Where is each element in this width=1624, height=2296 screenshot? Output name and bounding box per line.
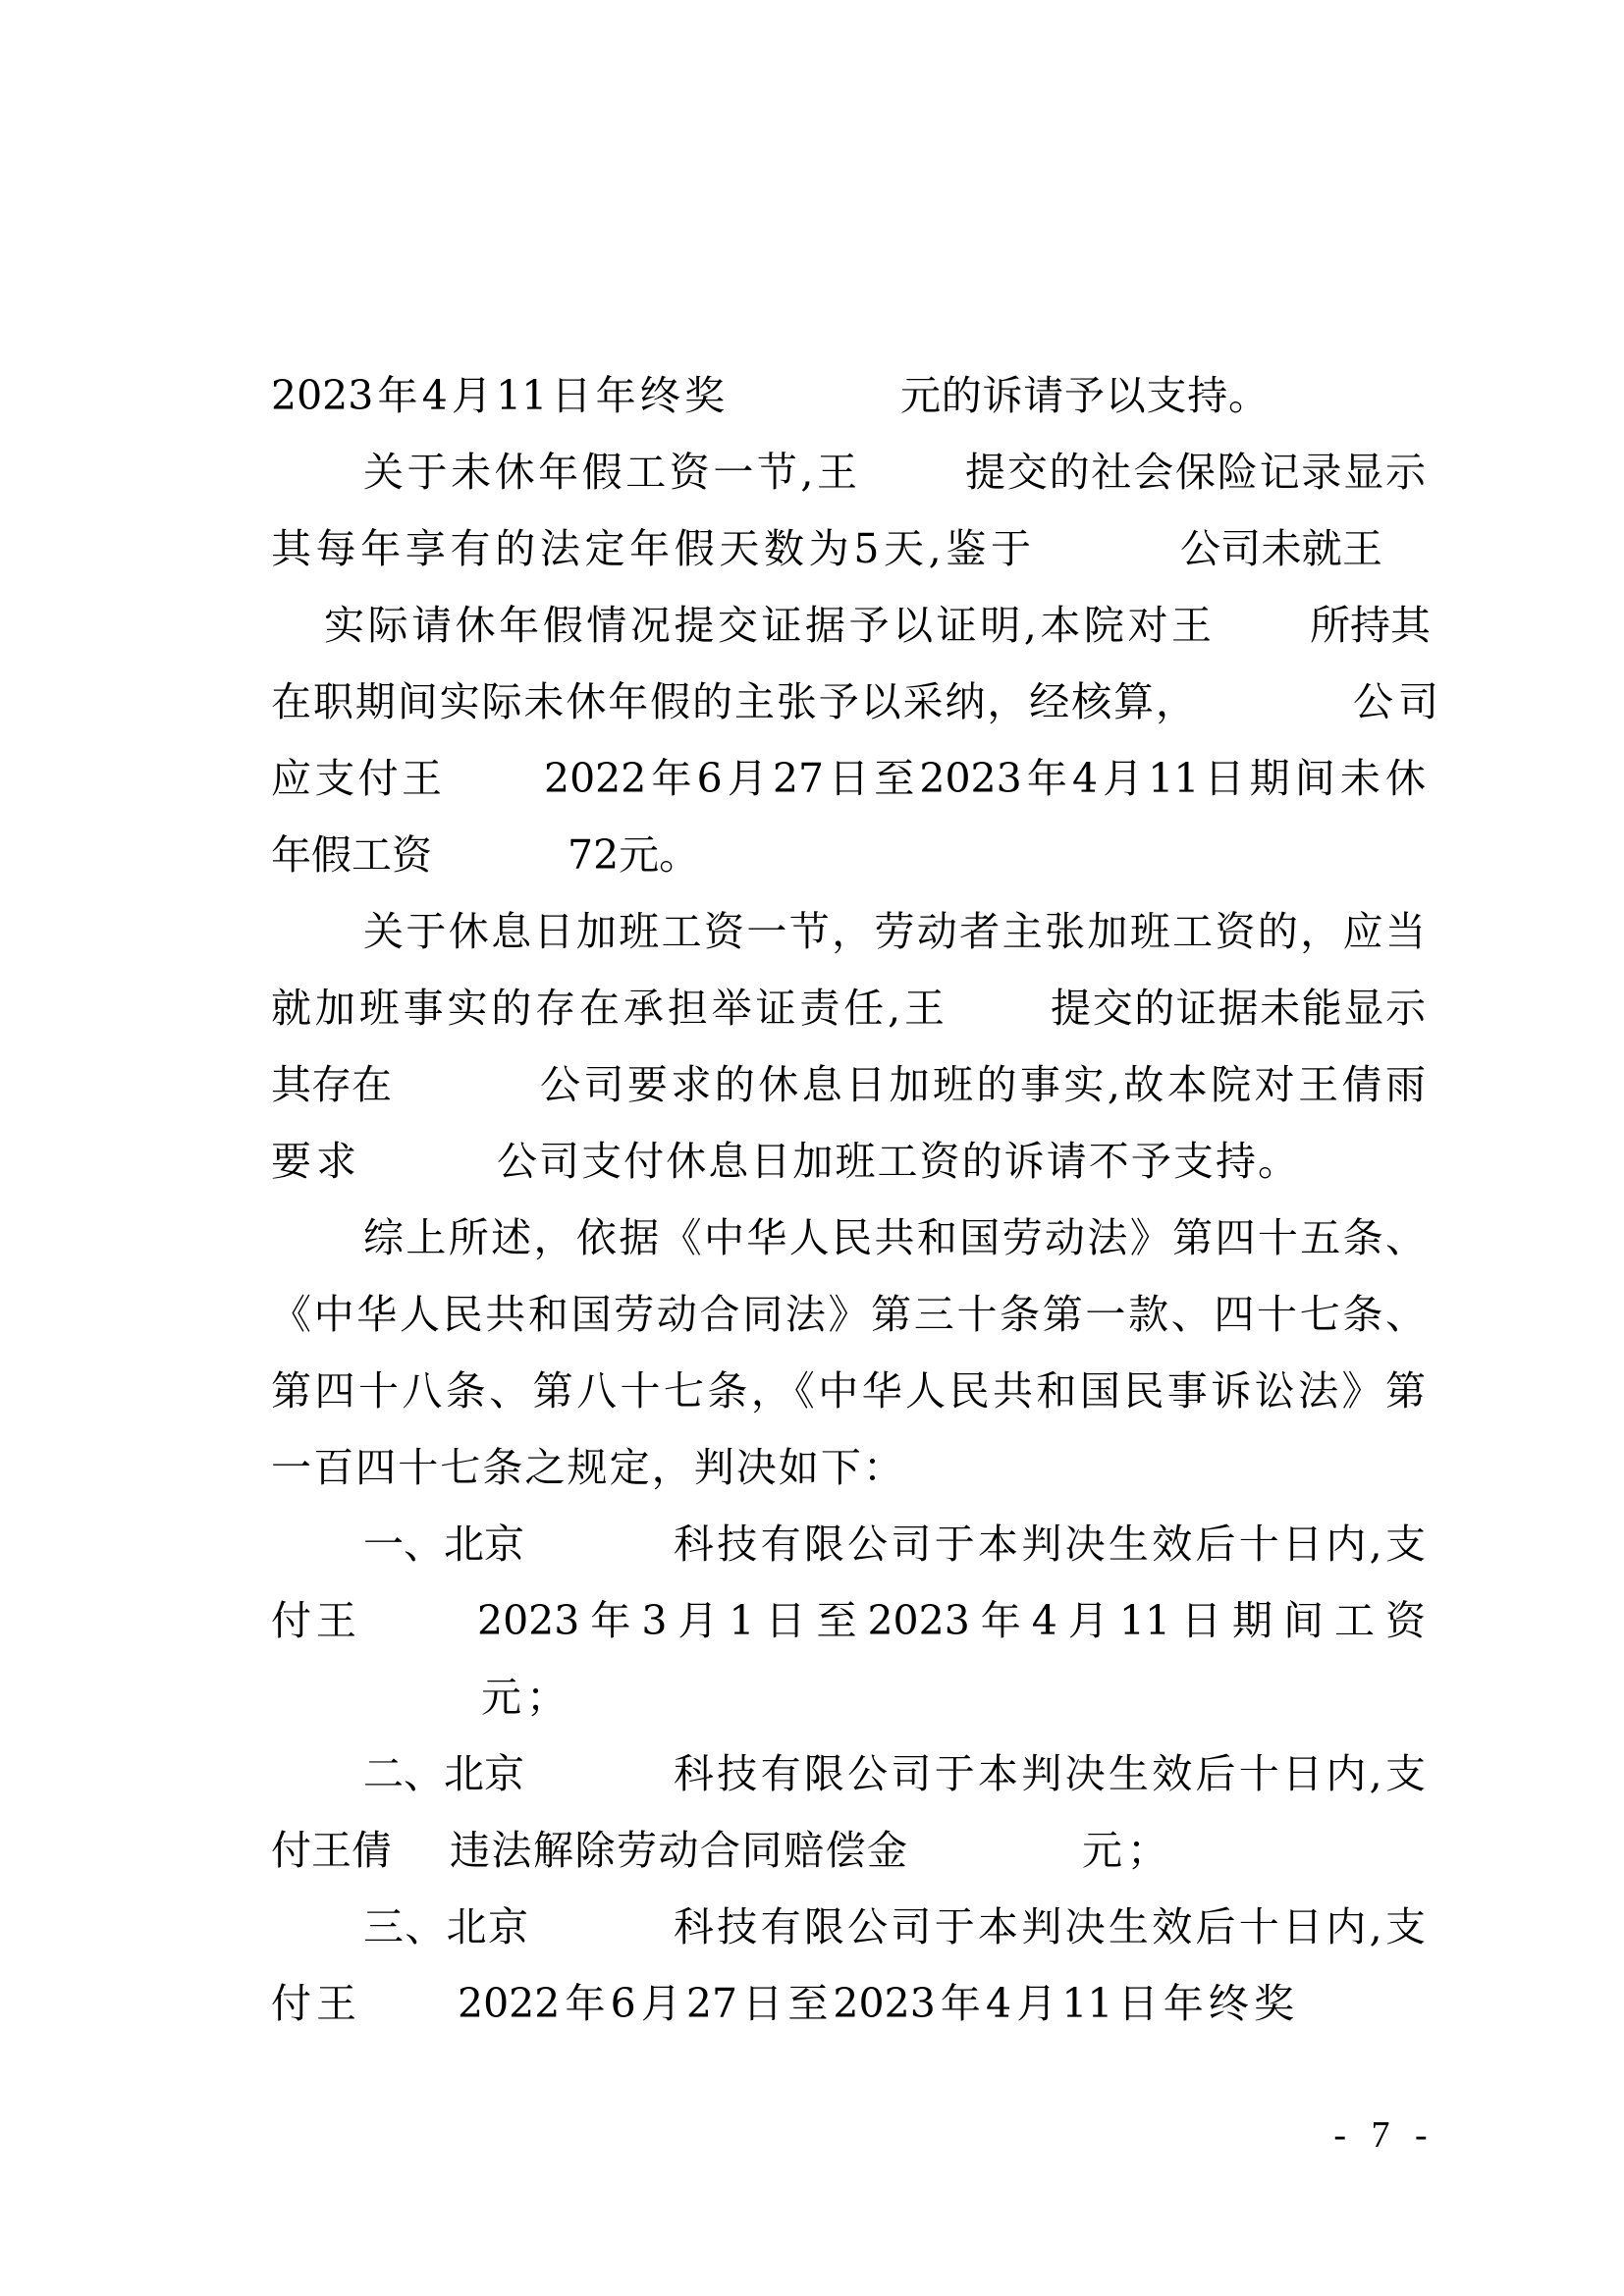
text-line: 一百四十七条之规定，判决如下：: [0, 1442, 1624, 1501]
text-segment: 付王: [271, 1978, 352, 2029]
text-segment: 付王: [271, 1595, 359, 1646]
text-line: 就加班事实的存在承担举证责任,王提交的证据未能显示: [0, 983, 1624, 1041]
text-segment: 《中华人民共和国劳动合同法》第三十条第一款、四十七条、: [271, 1289, 1426, 1340]
text-line: 实际请休年假情况提交证据予以证明,本院对王所持其: [0, 600, 1624, 659]
text-line: 付王2023年3月1日至2023年4月11日期间工资: [0, 1595, 1624, 1654]
text-segment: 付王倩: [271, 1825, 373, 1876]
document-page: 2023年4月11日年终奖元的诉请予以支持。关于未休年假工资一节,王提交的社会保…: [0, 0, 1624, 2296]
text-segment: 关于休息日加班工资一节，劳动者主张加班工资的，应当: [363, 906, 1426, 957]
text-segment: 在职期间实际未休年假的主张予以采纳，经核算，: [271, 676, 1196, 727]
text-segment: 公司支付休息日加班工资的诉请不予支持。: [497, 1136, 1298, 1187]
text-segment: 二、北京: [363, 1748, 522, 1799]
text-line: 年假工资72元。: [0, 829, 1624, 888]
text-line: 付王2022年6月27日至2023年4月11日年终奖: [0, 1978, 1624, 2037]
text-segment: 72元。: [568, 829, 687, 881]
text-segment: 科技有限公司于本判决生效后十日内,支: [674, 1748, 1426, 1799]
text-segment: 年假工资: [271, 829, 430, 881]
text-segment: 公司未就王: [1180, 523, 1382, 574]
text-segment: 提交的证据未能显示: [1051, 983, 1426, 1034]
text-segment: 关于未休年假工资一节,王: [363, 447, 857, 498]
text-line: 其存在公司要求的休息日加班的事实,故本院对王倩雨: [0, 1059, 1624, 1118]
text-line: 付王倩违法解除劳动合同赔偿金元；: [0, 1825, 1624, 1884]
text-segment: 2023年3月1日至2023年4月11日期间工资: [477, 1595, 1426, 1646]
text-segment: 2023年4月11日年终奖: [271, 370, 725, 421]
text-segment: 违法解除劳动合同赔偿金: [450, 1825, 907, 1876]
text-segment: 一、北京: [363, 1519, 522, 1570]
text-segment: 就加班事实的存在承担举证责任,王: [271, 983, 945, 1034]
text-line: 在职期间实际未休年假的主张予以采纳，经核算，公司: [0, 676, 1624, 735]
text-segment: 2022年6月27日至2023年4月11日期间未休: [544, 753, 1426, 804]
text-line: 第四十八条、第八十七条，《中华人民共和国民事诉讼法》第: [0, 1365, 1624, 1424]
page-number: - 7 -: [1330, 2110, 1438, 2160]
text-line: 《中华人民共和国劳动合同法》第三十条第一款、四十七条、: [0, 1289, 1624, 1348]
text-line: 应支付王2022年6月27日至2023年4月11日期间未休: [0, 753, 1624, 812]
text-segment: 要求: [271, 1136, 352, 1187]
text-segment: 实际请休年假情况提交证据予以证明,本院对王: [324, 600, 1212, 651]
text-line: 关于未休年假工资一节,王提交的社会保险记录显示: [0, 447, 1624, 506]
text-segment: 公司要求的休息日加班的事实,故本院对王倩雨: [540, 1059, 1426, 1110]
text-line: 关于休息日加班工资一节，劳动者主张加班工资的，应当: [0, 906, 1624, 965]
text-line: 2023年4月11日年终奖元的诉请予以支持。: [0, 370, 1624, 429]
text-line: 综上所述，依据《中华人民共和国劳动法》第四十五条、: [0, 1212, 1624, 1271]
text-segment: 元的诉请予以支持。: [900, 370, 1269, 421]
text-segment: 三、北京: [363, 1901, 528, 1952]
text-segment: 应支付王: [271, 753, 442, 804]
text-segment: 第四十八条、第八十七条，《中华人民共和国民事诉讼法》第: [271, 1365, 1426, 1416]
text-segment: 提交的社会保险记录显示: [965, 447, 1426, 498]
text-segment: 其每年享有的法定年假天数为5天,鉴于: [271, 523, 1031, 574]
text-segment: 元；: [1082, 1825, 1141, 1876]
text-line: 其每年享有的法定年假天数为5天,鉴于公司未就王: [0, 523, 1624, 582]
text-segment: 2022年6月27日至2023年4月11日年终奖: [458, 1978, 1294, 2029]
text-segment: 科技有限公司于本判决生效后十日内,支: [674, 1519, 1426, 1570]
text-segment: 元；: [481, 1672, 542, 1723]
text-line: 要求公司支付休息日加班工资的诉请不予支持。: [0, 1136, 1624, 1195]
text-line: 一、北京科技有限公司于本判决生效后十日内,支: [0, 1519, 1624, 1577]
text-segment: 综上所述，依据《中华人民共和国劳动法》第四十五条、: [363, 1212, 1426, 1263]
text-segment: 科技有限公司于本判决生效后十日内,支: [674, 1901, 1426, 1952]
text-segment: 其存在: [271, 1059, 385, 1110]
text-line: 元；: [0, 1672, 1624, 1731]
text-line: 三、北京科技有限公司于本判决生效后十日内,支: [0, 1901, 1624, 1960]
text-line: 二、北京科技有限公司于本判决生效后十日内,支: [0, 1748, 1624, 1807]
text-segment: 公司: [1353, 676, 1426, 727]
text-segment: 所持其: [1310, 600, 1426, 651]
text-segment: 一百四十七条之规定，判决如下：: [271, 1442, 903, 1493]
